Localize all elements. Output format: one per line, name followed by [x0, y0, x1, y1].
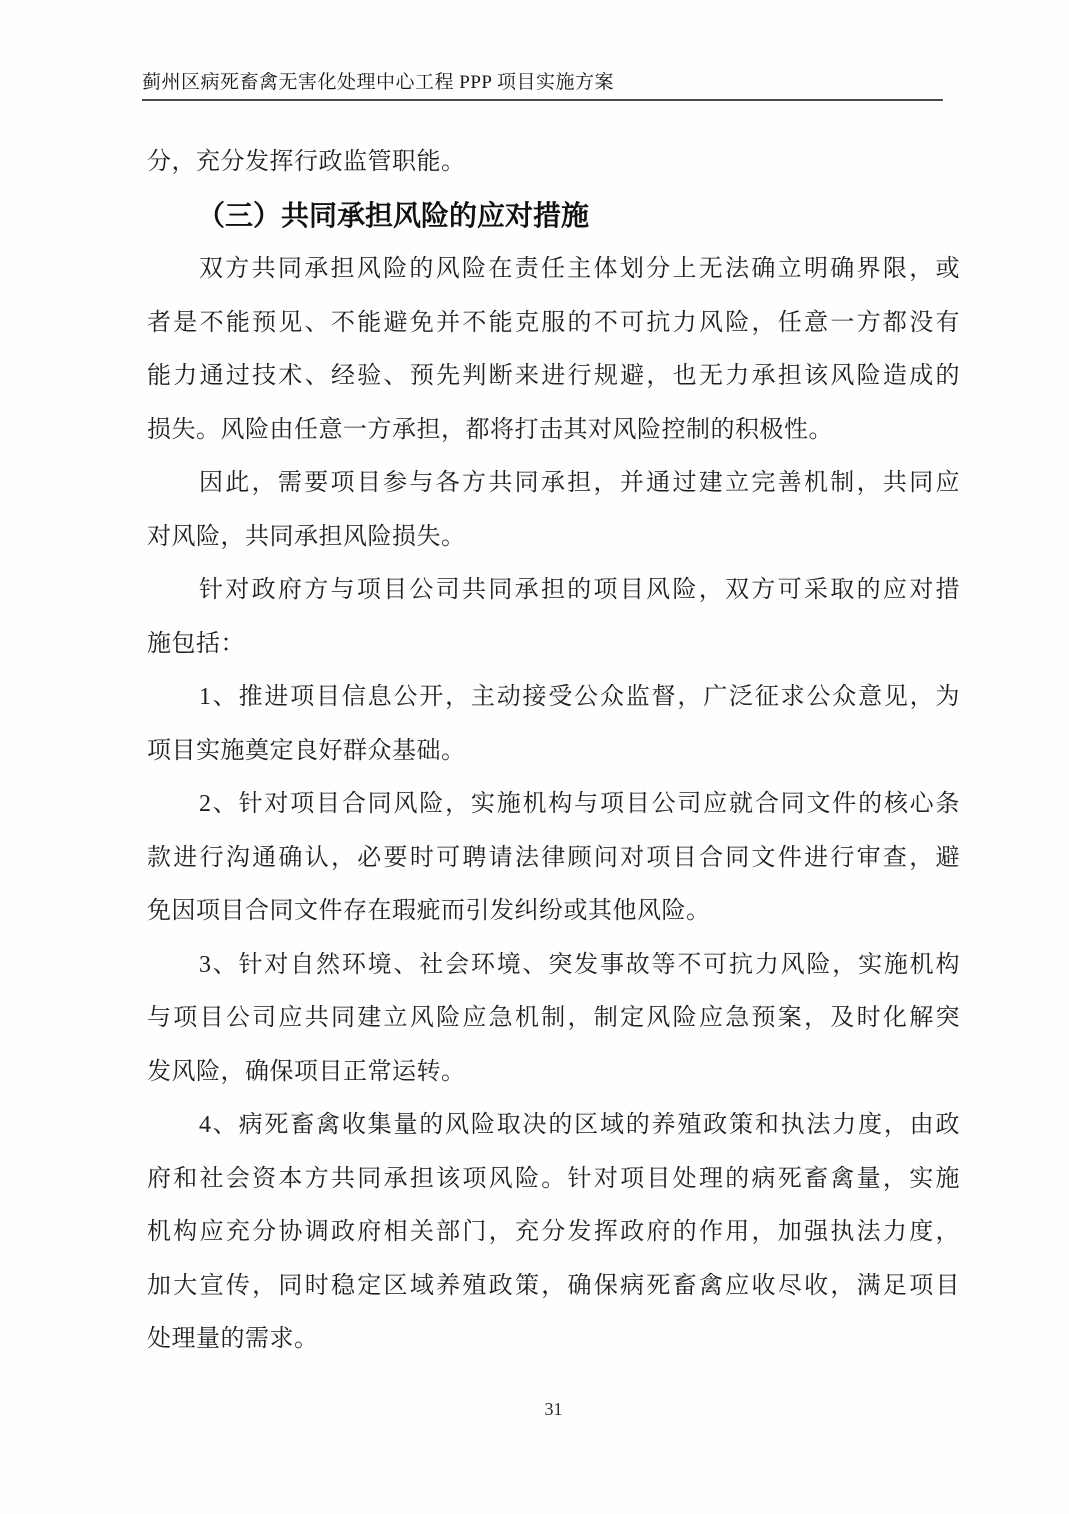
text-line: 分，充分发挥行政监管职能。 [147, 136, 960, 190]
text-line: 施包括： [147, 618, 960, 672]
text-line: 与项目公司应共同建立风险应急机制，制定风险应急预案，及时化解突 [147, 992, 960, 1046]
paragraph: 3、针对自然环境、社会环境、突发事故等不可抗力风险，实施机构与项目公司应共同建立… [147, 939, 960, 1100]
text-line: 款进行沟通确认，必要时可聘请法律顾问对项目合同文件进行审查，避 [147, 832, 960, 886]
text-line: 1、推进项目信息公开，主动接受公众监督，广泛征求公众意见，为 [147, 671, 960, 725]
text-line: 2、针对项目合同风险，实施机构与项目公司应就合同文件的核心条 [147, 778, 960, 832]
document-page: 蓟州区病死畜禽无害化处理中心工程 PPP 项目实施方案 分，充分发挥行政监管职能… [0, 0, 1069, 1514]
section-heading: （三）共同承担风险的应对措施 [147, 190, 960, 244]
page-footer: 31 [147, 1398, 960, 1420]
paragraph: 因此，需要项目参与各方共同承担，并通过建立完善机制，共同应对风险，共同承担风险损… [147, 457, 960, 564]
text-line: 针对政府方与项目公司共同承担的项目风险，双方可采取的应对措 [147, 564, 960, 618]
text-line: 因此，需要项目参与各方共同承担，并通过建立完善机制，共同应 [147, 457, 960, 511]
text-line: （三）共同承担风险的应对措施 [147, 190, 960, 244]
text-line: 发风险，确保项目正常运转。 [147, 1046, 960, 1100]
page-number: 31 [545, 1399, 563, 1419]
page-header: 蓟州区病死畜禽无害化处理中心工程 PPP 项目实施方案 [142, 72, 943, 101]
text-line: 对风险，共同承担风险损失。 [147, 511, 960, 565]
paragraph: 1、推进项目信息公开，主动接受公众监督，广泛征求公众意见，为项目实施奠定良好群众… [147, 671, 960, 778]
paragraph: 双方共同承担风险的风险在责任主体划分上无法确立明确界限，或者是不能预见、不能避免… [147, 243, 960, 457]
text-line: 项目实施奠定良好群众基础。 [147, 725, 960, 779]
text-line: 3、针对自然环境、社会环境、突发事故等不可抗力风险，实施机构 [147, 939, 960, 993]
text-line: 损失。风险由任意一方承担，都将打击其对风险控制的积极性。 [147, 404, 960, 458]
paragraph: 4、病死畜禽收集量的风险取决的区域的养殖政策和执法力度，由政府和社会资本方共同承… [147, 1099, 960, 1367]
text-line: 加大宣传，同时稳定区域养殖政策，确保病死畜禽应收尽收，满足项目 [147, 1260, 960, 1314]
text-line: 处理量的需求。 [147, 1313, 960, 1367]
paragraph: 分，充分发挥行政监管职能。 [147, 136, 960, 190]
text-line: 双方共同承担风险的风险在责任主体划分上无法确立明确界限，或 [147, 243, 960, 297]
text-line: 能力通过技术、经验、预先判断来进行规避，也无力承担该风险造成的 [147, 350, 960, 404]
text-line: 府和社会资本方共同承担该项风险。针对项目处理的病死畜禽量，实施 [147, 1153, 960, 1207]
text-line: 者是不能预见、不能避免并不能克服的不可抗力风险，任意一方都没有 [147, 297, 960, 351]
text-line: 免因项目合同文件存在瑕疵而引发纠纷或其他风险。 [147, 885, 960, 939]
paragraph: 2、针对项目合同风险，实施机构与项目公司应就合同文件的核心条款进行沟通确认，必要… [147, 778, 960, 939]
document-body: 分，充分发挥行政监管职能。（三）共同承担风险的应对措施双方共同承担风险的风险在责… [147, 136, 960, 1367]
text-line: 4、病死畜禽收集量的风险取决的区域的养殖政策和执法力度，由政 [147, 1099, 960, 1153]
paragraph: 针对政府方与项目公司共同承担的项目风险，双方可采取的应对措施包括： [147, 564, 960, 671]
text-line: 机构应充分协调政府相关部门，充分发挥政府的作用，加强执法力度， [147, 1206, 960, 1260]
header-title: 蓟州区病死畜禽无害化处理中心工程 PPP 项目实施方案 [142, 72, 943, 94]
